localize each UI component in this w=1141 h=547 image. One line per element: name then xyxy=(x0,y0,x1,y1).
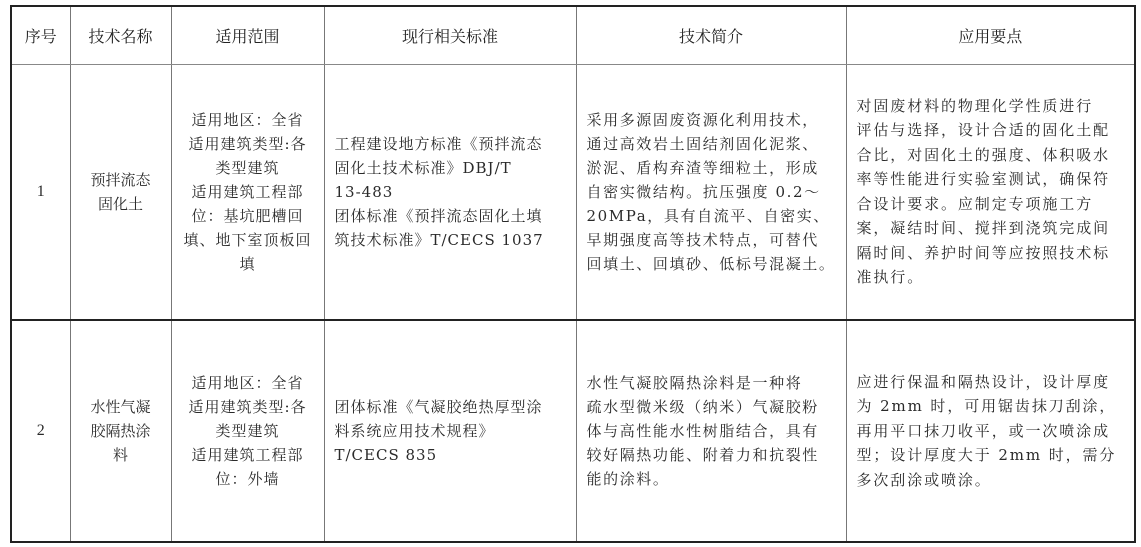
summary-line: 采用多源固废资源化利用技术， xyxy=(587,108,836,132)
table-header-row: 序号 技术名称 适用范围 现行相关标准 技术简介 应用要点 xyxy=(11,6,1135,64)
application-key-points: 应进行保温和隔热设计，设计厚度 为 2mm 时，可用锯齿抹刀刮涂， 再用平口抹刀… xyxy=(846,320,1135,542)
scope-line: 适用建筑工程部 xyxy=(182,180,314,204)
scope-line: 位：外墙 xyxy=(182,467,314,491)
row-number: 1 xyxy=(11,64,70,320)
technology-name: 预拌流态固化土 xyxy=(70,64,171,320)
standards-line: 料系统应用技术规程》 xyxy=(335,419,566,443)
summary-line: 回填土、回填砂、低标号混凝土。 xyxy=(587,252,836,276)
key-point-line: 准执行。 xyxy=(857,265,1125,290)
header-name: 技术名称 xyxy=(70,6,171,64)
standards-line: 筑技术标准》T/CECS 1037 xyxy=(335,228,566,252)
key-point-line: 评估与选择，设计合适的固化土配 xyxy=(857,118,1125,143)
technology-table: 序号 技术名称 适用范围 现行相关标准 技术简介 应用要点 1 预拌流态固化土 … xyxy=(10,5,1136,543)
table-row: 2 水性气凝胶隔热涂料 适用地区：全省 适用建筑类型:各 类型建筑 适用建筑工程… xyxy=(11,320,1135,542)
technology-summary: 采用多源固废资源化利用技术， 通过高效岩土固结剂固化泥浆、 淤泥、盾构弃渣等细粒… xyxy=(576,64,846,320)
key-point-line: 案，凝结时间、搅拌到浇筑完成间 xyxy=(857,216,1125,241)
key-point-line: 型；设计厚度大于 2mm 时，需分 xyxy=(857,443,1125,468)
scope-line: 适用建筑类型:各 xyxy=(182,132,314,156)
scope-line: 类型建筑 xyxy=(182,156,314,180)
header-scope: 适用范围 xyxy=(171,6,324,64)
summary-line: 淤泥、盾构弃渣等细粒土，形成 xyxy=(587,156,836,180)
standards-line: 固化土技术标准》DBJ/T xyxy=(335,156,566,180)
table-row: 1 预拌流态固化土 适用地区：全省 适用建筑类型:各 类型建筑 适用建筑工程部 … xyxy=(11,64,1135,320)
applicable-scope: 适用地区：全省 适用建筑类型:各 类型建筑 适用建筑工程部 位：基坑肥槽回 填、… xyxy=(171,64,324,320)
summary-line: 体与高性能水性树脂结合，具有 xyxy=(587,419,836,443)
summary-line: 20MPa，具有自流平、自密实、 xyxy=(587,204,836,228)
key-point-line: 对固废材料的物理化学性质进行 xyxy=(857,94,1125,119)
scope-line: 适用地区：全省 xyxy=(182,108,314,132)
scope-line: 类型建筑 xyxy=(182,419,314,443)
row-number: 2 xyxy=(11,320,70,542)
header-standards: 现行相关标准 xyxy=(324,6,576,64)
standards-line: 团体标准《预拌流态固化土填 xyxy=(335,204,566,228)
header-summary: 技术简介 xyxy=(576,6,846,64)
standards-line: 团体标准《气凝胶绝热厚型涂 xyxy=(335,395,566,419)
summary-line: 能的涂料。 xyxy=(587,467,836,491)
summary-line: 通过高效岩土固结剂固化泥浆、 xyxy=(587,132,836,156)
scope-line: 适用建筑类型:各 xyxy=(182,395,314,419)
scope-line: 填、地下室顶板回 xyxy=(182,228,314,252)
scope-line: 适用地区：全省 xyxy=(182,371,314,395)
summary-line: 水性气凝胶隔热涂料是一种将 xyxy=(587,371,836,395)
standards-line: T/CECS 835 xyxy=(335,443,566,467)
summary-line: 较好隔热功能、附着力和抗裂性 xyxy=(587,443,836,467)
technology-summary: 水性气凝胶隔热涂料是一种将 疏水型微米级（纳米）气凝胶粉 体与高性能水性树脂结合… xyxy=(576,320,846,542)
technology-name: 水性气凝胶隔热涂料 xyxy=(70,320,171,542)
key-point-line: 应进行保温和隔热设计，设计厚度 xyxy=(857,370,1125,395)
header-key-points: 应用要点 xyxy=(846,6,1135,64)
related-standards: 团体标准《气凝胶绝热厚型涂 料系统应用技术规程》 T/CECS 835 xyxy=(324,320,576,542)
applicable-scope: 适用地区：全省 适用建筑类型:各 类型建筑 适用建筑工程部 位：外墙 xyxy=(171,320,324,542)
summary-line: 疏水型微米级（纳米）气凝胶粉 xyxy=(587,395,836,419)
key-point-line: 率等性能进行实验室测试，确保符 xyxy=(857,167,1125,192)
key-point-line: 合比，对固化土的强度、体积吸水 xyxy=(857,143,1125,168)
scope-line: 适用建筑工程部 xyxy=(182,443,314,467)
scope-line: 位：基坑肥槽回 xyxy=(182,204,314,228)
key-point-line: 隔时间、养护时间等应按照技术标 xyxy=(857,241,1125,266)
key-point-line: 合设计要求。应制定专项施工方 xyxy=(857,192,1125,217)
related-standards: 工程建设地方标准《预拌流态 固化土技术标准》DBJ/T 13-483 团体标准《… xyxy=(324,64,576,320)
key-point-line: 多次刮涂或喷涂。 xyxy=(857,468,1125,493)
summary-line: 早期强度高等技术特点，可替代 xyxy=(587,228,836,252)
standards-line: 工程建设地方标准《预拌流态 xyxy=(335,132,566,156)
summary-line: 自密实微结构。抗压强度 0.2～ xyxy=(587,180,836,204)
key-point-line: 再用平口抹刀收平，或一次喷涂成 xyxy=(857,419,1125,444)
scope-line: 填 xyxy=(182,252,314,276)
standards-line: 13-483 xyxy=(335,180,566,204)
application-key-points: 对固废材料的物理化学性质进行 评估与选择，设计合适的固化土配 合比，对固化土的强… xyxy=(846,64,1135,320)
key-point-line: 为 2mm 时，可用锯齿抹刀刮涂， xyxy=(857,394,1125,419)
header-no: 序号 xyxy=(11,6,70,64)
